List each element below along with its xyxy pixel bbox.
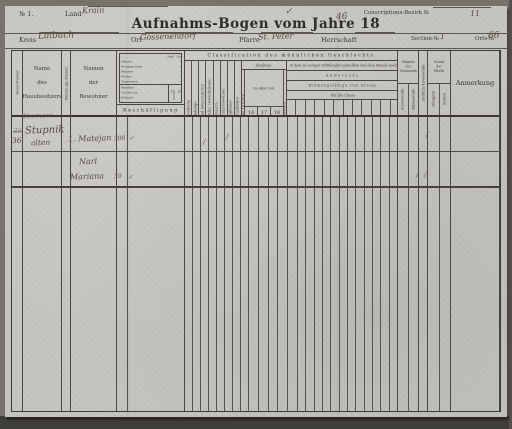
column-resident-names: Namen der Bewohner xyxy=(71,51,117,411)
class-col-header: Beamte und Honoratioren xyxy=(200,84,204,117)
scan-background-bottom xyxy=(0,416,512,429)
form-header-row-2: Kreis Ort Pfarre Herrschaft Section-№ Or… xyxy=(13,36,501,48)
families-row: Christliche xyxy=(120,91,170,94)
group-horses: Stand der Pferde Hengste Stuten xyxy=(428,51,451,411)
class-col-header: Bauern xyxy=(214,102,218,116)
class-col-header: Adelige xyxy=(193,102,197,116)
header-rule-2 xyxy=(5,48,507,49)
classification-columns: Geistliche Adelige Beamte und Honoratior… xyxy=(185,61,242,117)
resident-header-line1: Namen xyxy=(83,62,103,76)
families-count-columns: Z. W. xyxy=(169,85,181,103)
war-eligible-title: Widmungsfähige zum Kriege xyxy=(309,84,378,88)
pfarre-label: Pfarre xyxy=(239,36,260,44)
resident-header-line2: der xyxy=(89,76,98,90)
owner-header-line3: Hausbesitzers xyxy=(23,90,61,104)
section-number-line xyxy=(445,33,465,34)
occupation-band: Beschäftigung xyxy=(117,104,184,115)
column-temporarily-present: Zeitlich Anwesende xyxy=(419,51,428,411)
resident-names-header: Namen der Bewohner xyxy=(71,51,116,117)
summary-row: Weiber— xyxy=(120,75,182,78)
census-table: Haus-Numer Name des Hausbesitzers Wohnun… xyxy=(11,50,501,412)
families-row: Zusammen xyxy=(120,101,170,103)
kreis-label: Kreis xyxy=(19,36,36,44)
class-col-header: Bürger, Künstler, Gewerbsleute xyxy=(207,79,211,117)
house-number-header: Haus-Numer xyxy=(15,71,19,95)
section-number-label: Section-№ xyxy=(411,36,439,42)
owner-header-line2: des xyxy=(37,76,47,90)
column-remark: Anmerkung xyxy=(451,51,500,411)
occupation-body-cell xyxy=(128,117,185,411)
class-row-label: Für die Classe xyxy=(331,93,355,97)
juveniles-right-header: Zahl. Wovon xyxy=(284,102,286,117)
horses-box-columns: Hengste Stuten xyxy=(428,84,450,116)
ort-label: Ort xyxy=(131,36,142,44)
families-label: Familien xyxy=(120,86,170,89)
class-number-cells: 1a 2a 3a 4a 5a 6a 7a 8a 9a 10a 11a 12a xyxy=(287,100,397,117)
occupation-label: Beschäftigung xyxy=(123,107,179,113)
group-male-classification: Classification des männlichen Geschlecht… xyxy=(185,51,398,411)
class-col-header: Häusler und Inwohner xyxy=(222,88,226,117)
census-sheet-paper: № 1. Land Conscriptions-Bezirk № Aufnahm… xyxy=(5,6,507,417)
resident-header-line3: Bewohner xyxy=(79,90,107,104)
herrschaft-value-line xyxy=(355,32,395,33)
present-title: Anwesende xyxy=(326,74,360,78)
population-summary-box: Zahl Ort Häuser— Wohnparteien— Männer— W… xyxy=(119,53,182,103)
owner-name-header: Name des Hausbesitzers xyxy=(23,51,61,117)
horses-box-title: Stand der Pferde xyxy=(433,60,445,73)
classification-title: Classification des männlichen Geschlecht… xyxy=(207,53,374,58)
column-owner-name: Name des Hausbesitzers xyxy=(23,51,62,411)
birthyear-body-cell xyxy=(117,117,128,411)
header-rule-1 xyxy=(5,33,507,34)
community-box-columns: Anwesende Abwesende xyxy=(398,84,418,116)
scanned-census-form: { "page": {"type": "historical scanned c… xyxy=(0,0,512,429)
orts-number-label: Orts-№ xyxy=(475,36,494,42)
group-present-classes: In dem im vorigen Militärjahre gestellte… xyxy=(287,61,397,117)
pfarre-value-line xyxy=(261,32,313,33)
remark-header: Anmerkung xyxy=(456,79,494,87)
summary-row: Häuser— xyxy=(120,60,182,63)
summary-row: Männer— xyxy=(120,70,182,73)
community-box-title: Männer der Gemeinde xyxy=(400,60,417,73)
summary-row: Wohnparteien— xyxy=(120,65,182,68)
group-juveniles: Jünglinge Männer bis 19 Jahre im Alter v… xyxy=(242,61,287,117)
juveniles-age-label: im Alter von xyxy=(254,86,275,90)
summary-row: Zusammen— xyxy=(120,80,182,83)
summary-col-zahl: Zahl xyxy=(167,55,174,58)
juveniles-title: Jünglinge xyxy=(256,63,272,67)
ort-value-line xyxy=(145,32,233,33)
class-col-header: Dienstboten xyxy=(236,97,240,117)
present-note: In dem im vorigen Militärjahre gestellte… xyxy=(290,64,397,68)
column-dwelling-number: Wohnungs-Numer xyxy=(62,51,71,411)
juveniles-year-cells: 16 17 18 xyxy=(245,106,282,117)
families-row: Jüdische xyxy=(120,96,170,99)
class-col-header: Geistliche xyxy=(186,99,190,117)
class-col-header: Taglöhner xyxy=(229,99,233,117)
summary-col-ort: Ort xyxy=(177,55,182,58)
temporarily-present-header: Zeitlich Anwesende xyxy=(421,64,425,101)
families-sub-box: Familien Christliche Jüdische Zusammen Z… xyxy=(120,84,181,103)
summary-head: Zahl Ort xyxy=(120,55,182,58)
form-title: Aufnahms-Bogen vom Jahre 18 xyxy=(5,16,507,32)
kreis-value-line xyxy=(41,32,119,33)
herrschaft-label: Herrschaft xyxy=(321,36,357,44)
form-title-text: Aufnahms-Bogen vom Jahre 18 xyxy=(132,16,380,32)
conscription-district-line xyxy=(433,7,491,8)
group-community-men: Männer der Gemeinde Anwesende Abwesende xyxy=(398,51,419,411)
land-value-line xyxy=(88,6,168,7)
orts-number-line xyxy=(497,33,511,34)
owner-header-line1: Name xyxy=(34,62,51,76)
classification-title-band: Classification des männlichen Geschlecht… xyxy=(185,51,397,61)
dwelling-number-header: Wohnungs-Numer xyxy=(64,66,68,100)
column-house-number: Haus-Numer xyxy=(12,51,23,411)
column-birthyear-occupation: Zahl Ort Häuser— Wohnparteien— Männer— W… xyxy=(117,51,185,411)
